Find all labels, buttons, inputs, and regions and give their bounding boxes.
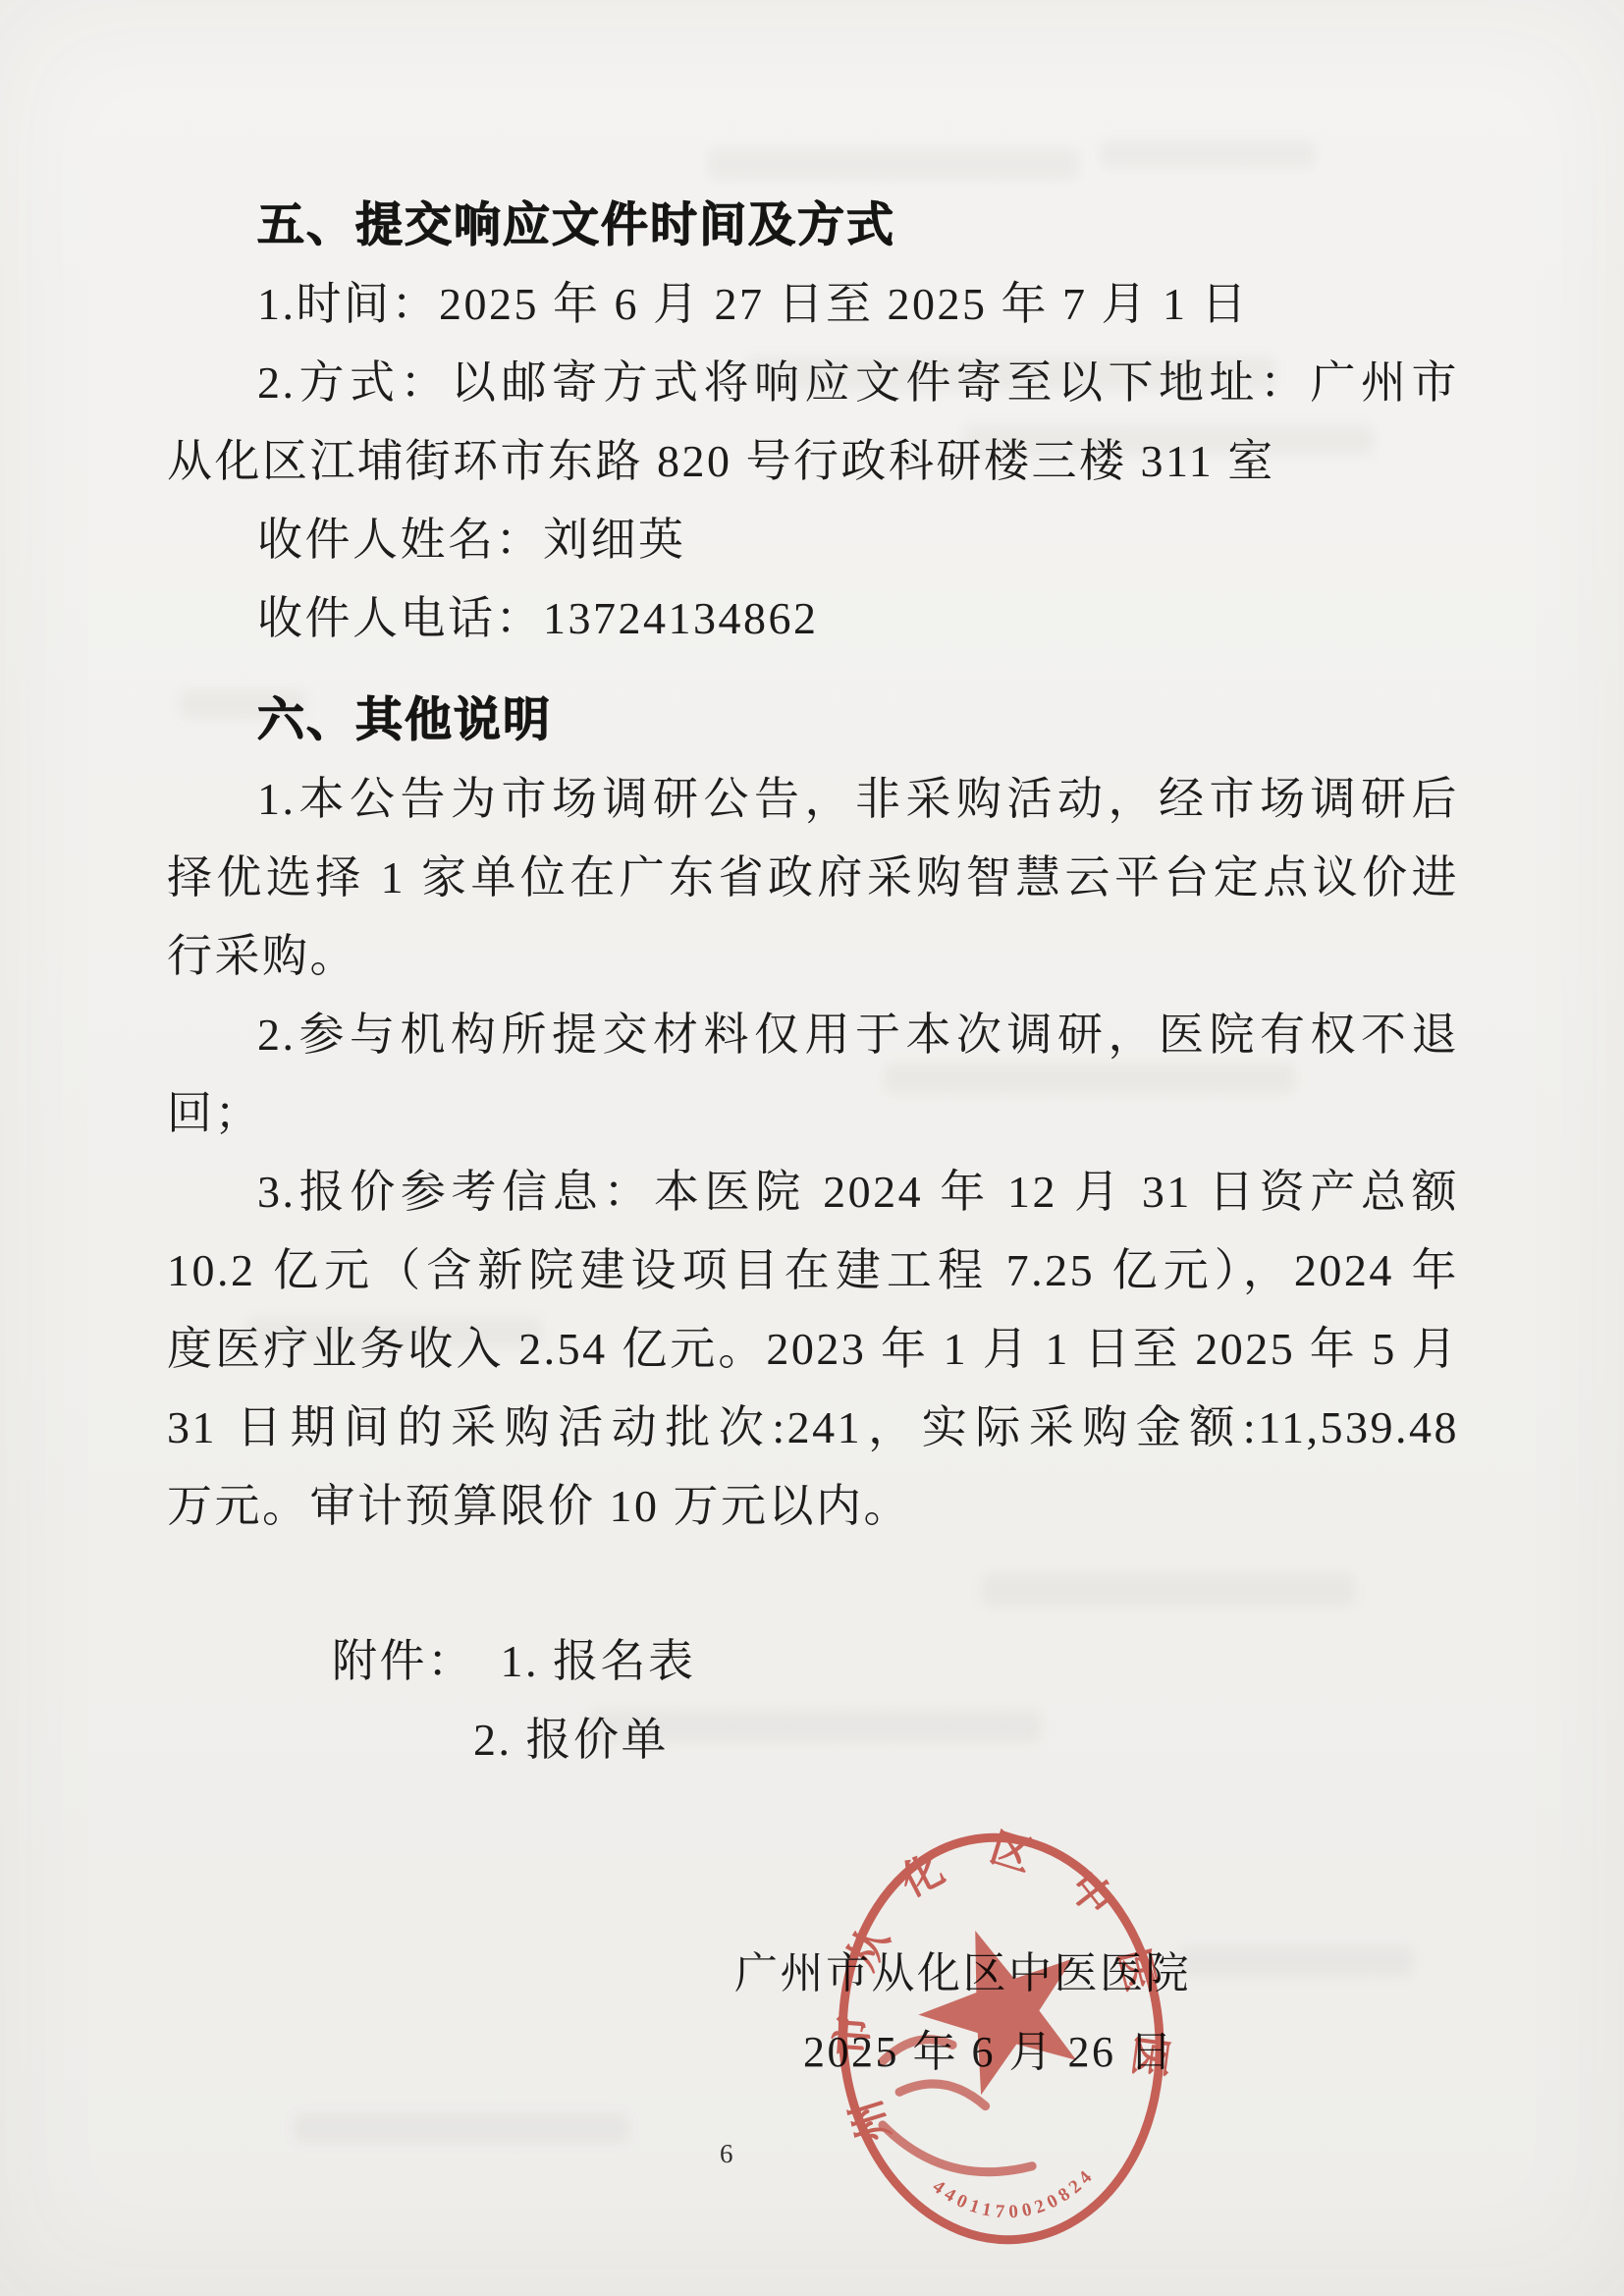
- official-seal: 广州市从化区中医医院 4401170020824: [806, 1805, 1197, 2278]
- attachment-item-2-line: 2. 报价单: [167, 1701, 1459, 1779]
- section5-heading: 五、提交响应文件时间及方式: [167, 187, 1459, 265]
- section6-para3-line1: 3.报价参考信息：本医院 2024 年 12 月 31 日资产总额: [167, 1153, 1459, 1231]
- seal-star-icon: [911, 1922, 1084, 2100]
- page-number: 6: [720, 2139, 734, 2169]
- section6-para3-line5: 万元。审计预算限价 10 万元以内。: [167, 1467, 1459, 1546]
- scan-artifact: [707, 147, 1080, 181]
- section5-recipient-name: 收件人姓名：刘细英: [167, 501, 1459, 579]
- attachments-line: 附件：1. 报名表: [167, 1622, 1459, 1701]
- section6-para3-line3: 度医疗业务收入 2.54 亿元。2023 年 1 月 1 日至 2025 年 5…: [167, 1310, 1459, 1389]
- section6-para1-line1: 1.本公告为市场调研公告，非采购活动，经市场调研后: [167, 760, 1459, 839]
- document-body: 五、提交响应文件时间及方式 1.时间：2025 年 6 月 27 日至 2025…: [167, 187, 1459, 2092]
- scan-artifact: [1100, 139, 1316, 169]
- document-page: 五、提交响应文件时间及方式 1.时间：2025 年 6 月 27 日至 2025…: [0, 0, 1624, 2296]
- scan-artifact: [295, 2113, 628, 2143]
- attachment-item-2: 2. 报价单: [473, 1715, 669, 1765]
- signature-date: 2025 年 6 月 26 日: [167, 2013, 1459, 2092]
- section5-time-line: 1.时间：2025 年 6 月 27 日至 2025 年 7 月 1 日: [167, 265, 1459, 344]
- signature-organization: 广州市从化区中医医院: [167, 1935, 1459, 2013]
- section5-recipient-phone: 收件人电话：13724134862: [167, 579, 1459, 658]
- attachments-label: 附件：: [332, 1636, 475, 1686]
- section6-para2-line1: 2.参与机构所提交材料仅用于本次调研，医院有权不退: [167, 996, 1459, 1074]
- section6-para2-line2: 回；: [167, 1074, 1459, 1153]
- section6-para1-line3: 行采购。: [167, 917, 1459, 996]
- section5-method-line-1: 2.方式：以邮寄方式将响应文件寄至以下地址：广州市: [167, 344, 1459, 422]
- section6-para3-line2: 10.2 亿元（含新院建设项目在建工程 7.25 亿元），2024 年: [167, 1231, 1459, 1310]
- section6-heading: 六、其他说明: [167, 682, 1459, 760]
- section6-para1-line2: 择优选择 1 家单位在广东省政府采购智慧云平台定点议价进: [167, 839, 1459, 917]
- attachment-item-1: 1. 报名表: [501, 1636, 696, 1686]
- section5-method-line-2: 从化区江埔街环市东路 820 号行政科研楼三楼 311 室: [167, 422, 1459, 501]
- section6-para3-line4: 31 日期间的采购活动批次:241，实际采购金额:11,539.48: [167, 1389, 1459, 1467]
